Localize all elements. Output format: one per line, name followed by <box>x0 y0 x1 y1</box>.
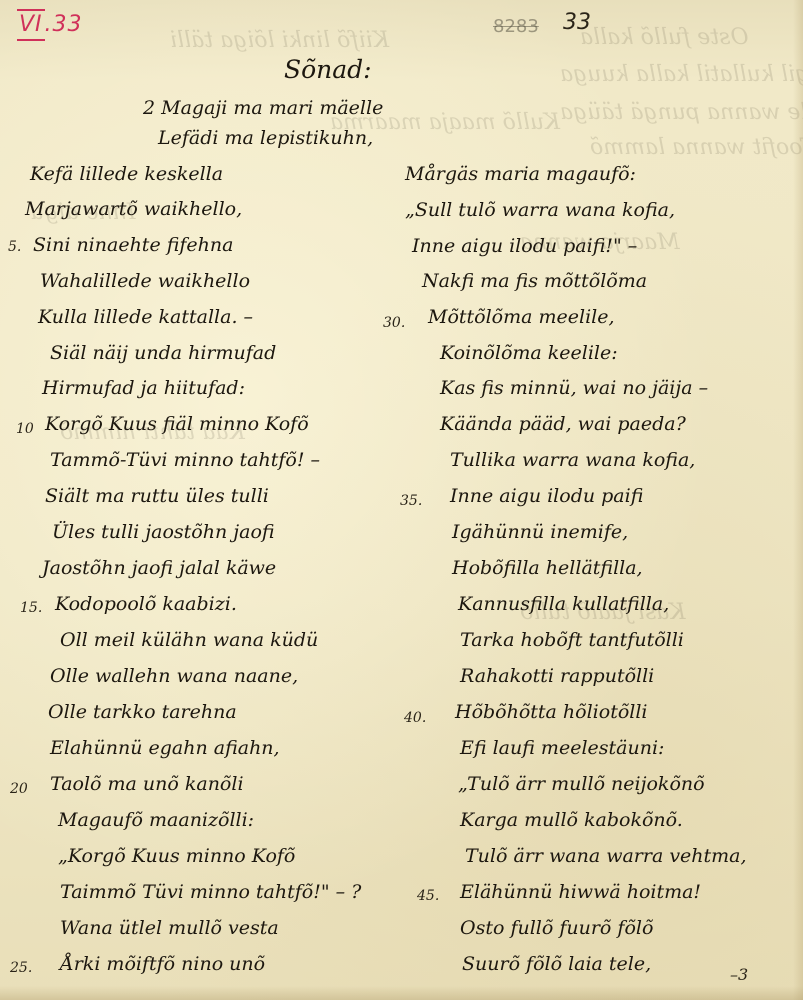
line-number: 40. <box>404 710 426 726</box>
line-number: 10 <box>16 421 34 437</box>
bleed-through-text: Toofit wanna lammõ <box>590 135 803 160</box>
verse-line: Kodopoolõ kaabizi. <box>55 593 237 615</box>
bleed-through-text: Oste fullõ kalla <box>580 25 748 50</box>
verse-line: Kannusfilla kullatfilla, <box>458 593 669 615</box>
verse-line: Igähünnü inemife, <box>452 521 628 543</box>
verse-line: Tammõ-Tüvi minno tahtfõ! – <box>50 449 320 471</box>
verse-line: Sini ninaehte fifehna <box>33 234 233 256</box>
verse-line: Mårgäs maria magaufõ: <box>405 163 636 185</box>
intro-line: 2 Magaji ma mari mäelle <box>143 97 383 119</box>
verse-line: Marjawartõ waikhello, <box>25 198 242 220</box>
archive-reference: VI.33 <box>17 9 83 41</box>
verse-line: Käända pääd, wai paeda? <box>440 413 686 435</box>
verse-line: Jaostõhn jaofi jalal käwe <box>42 557 276 579</box>
verse-line: Inne aigu ilodu paifi!" – <box>412 235 637 257</box>
line-number: 25. <box>10 960 32 976</box>
line-number: 5. <box>8 239 21 255</box>
verse-line: Taolõ ma unõ kanõli <box>50 773 244 795</box>
verse-line: Elahünnü egahn afiahn, <box>50 737 280 759</box>
verse-line: Karga mullõ kabokõnõ. <box>460 809 683 831</box>
verse-line: Siäl näij unda hirmufad <box>50 342 276 364</box>
verse-line: Üles tulli jaostõhn jaofi <box>52 521 275 543</box>
continuation-mark: –3 <box>730 965 748 984</box>
verse-line: Tarka hobõft tantfutõlli <box>460 629 684 651</box>
verse-line: Hirmufad ja hiitufad: <box>42 377 245 399</box>
verse-line: „Sull tulõ warra wana kofia, <box>405 199 675 221</box>
verse-line: Korgõ Kuus fiäl minno Kofõ <box>45 413 309 435</box>
paper-edge <box>0 986 803 1000</box>
verse-line: Tullika warra wana kofia, <box>450 449 695 471</box>
verse-line: Wahalillede waikhello <box>40 270 250 292</box>
verse-line: Kefä lillede keskella <box>30 163 223 185</box>
verse-line: Nakfi ma fis mõttõlõma <box>422 270 647 292</box>
struck-page-number: 8283 <box>493 16 539 37</box>
intro-line: Lefädi ma lepistikuhn, <box>158 127 373 149</box>
bleed-through-text: Kiifõ linki lõiga tälli <box>170 28 389 53</box>
verse-line: Oll meil külähn wana küdü <box>60 629 318 651</box>
page-title: Sõnad: <box>284 55 372 84</box>
verse-line: Suurõ fõlõ laia tele, <box>462 953 651 975</box>
verse-line: Mõttõlõma meelile, <box>428 306 615 328</box>
verse-line: Hobõfilla hellätfilla, <box>452 557 643 579</box>
line-number: 15. <box>20 600 42 616</box>
verse-line: Wana ütlel mullõ vesta <box>60 917 279 939</box>
verse-line: „Korgõ Kuus minno Kofõ <box>58 845 295 867</box>
verse-line: Efi laufi meelestäuni: <box>460 737 664 759</box>
verse-line: Tulõ ärr wana warra vehtma, <box>465 845 747 867</box>
verse-line: Hõbõhõtta hõliotõlli <box>455 701 648 723</box>
line-number: 30. <box>383 315 405 331</box>
manuscript-page: Oste fullõ kalla Kõrgil kullatil kalla k… <box>0 0 803 1000</box>
verse-line: Rahakotti rapputõlli <box>460 665 654 687</box>
paper-edge <box>793 0 803 1000</box>
verse-line: Årki mõiftfõ nino unõ <box>60 953 265 975</box>
line-number: 45. <box>417 888 439 904</box>
verse-line: Taimmõ Tüvi minno tahtfõ!" – ? <box>60 881 361 903</box>
verse-line: Elähünnü hiwwä hoitma! <box>460 881 701 903</box>
page-number: 33 <box>563 10 591 35</box>
line-number: 20 <box>10 781 28 797</box>
verse-line: Olle tarkko tarehna <box>48 701 237 723</box>
verse-line: Kulla lillede kattalla. – <box>38 306 253 328</box>
verse-line: „Tulõ ärr mullõ neijokõnõ <box>458 773 705 795</box>
archive-ref-roman: VI <box>17 9 45 41</box>
verse-line: Koinõlõma keelile: <box>440 342 618 364</box>
verse-line: Siält ma ruttu üles tulli <box>45 485 269 507</box>
verse-line: Inne aigu ilodu paifi <box>450 485 643 507</box>
verse-line: Kas fis minnü, wai no jäija – <box>440 377 708 399</box>
bleed-through-text: Ülle wanna pungä täüga <box>560 100 803 125</box>
line-number: 35. <box>400 493 422 509</box>
archive-ref-number: .33 <box>45 12 83 37</box>
verse-line: Osto fullõ fuurõ fõlõ <box>460 917 653 939</box>
bleed-through-text: Kõrgil kullatil kalla kuuga <box>560 62 803 87</box>
verse-line: Magaufõ maanizõlli: <box>58 809 254 831</box>
verse-line: Olle wallehn wana naane, <box>50 665 298 687</box>
